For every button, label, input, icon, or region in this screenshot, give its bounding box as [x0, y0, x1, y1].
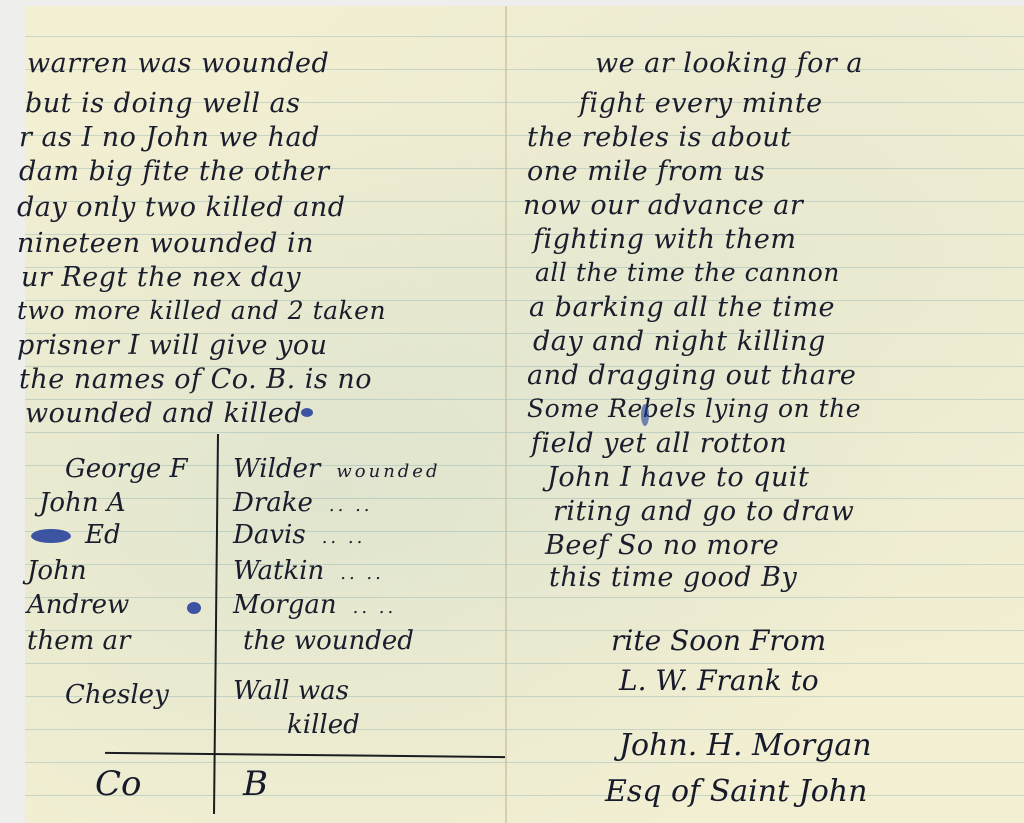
right-line-10: and dragging out thare — [527, 360, 856, 391]
left-page: warren was wounded but is doing well as … — [25, 6, 505, 823]
roster-continuation: killed — [287, 710, 360, 740]
ink-blot — [187, 602, 201, 614]
ink-blot — [301, 408, 313, 417]
roster-last-1: Wilderwounded — [233, 454, 441, 484]
roster-last-2: Drake.. .. — [233, 488, 373, 518]
ink-blot — [31, 529, 71, 543]
roster-last-7: Wall was — [233, 676, 349, 706]
roster-first-5: Andrew — [27, 590, 129, 620]
letter-scan: warren was wounded but is doing well as … — [25, 6, 1024, 823]
roster-footer-rule — [105, 752, 505, 758]
right-line-6: fighting with them — [533, 224, 796, 255]
right-line-8: a barking all the time — [529, 292, 835, 323]
left-line-8: two more killed and 2 taken — [17, 296, 386, 325]
right-line-15: Beef So no more — [545, 530, 779, 561]
left-line-7: ur Regt the nex day — [21, 262, 301, 293]
closing-line-1: rite Soon From — [611, 624, 826, 657]
left-line-3: r as I no John we had — [19, 122, 320, 153]
ink-blot — [641, 404, 649, 426]
roster-divider — [213, 434, 219, 814]
right-line-12: field yet all rotton — [531, 428, 787, 459]
right-line-14: riting and go to draw — [553, 496, 854, 527]
left-line-2: but is doing well as — [25, 88, 301, 119]
right-line-16: this time good By — [549, 562, 797, 593]
roster-last-3: Davis.. .. — [233, 520, 365, 550]
roster-first-4: John — [27, 556, 87, 586]
right-page: we ar looking for a fight every minte th… — [507, 6, 1024, 823]
addressee-name: John. H. Morgan — [619, 728, 872, 763]
left-line-4: dam big fite the other — [19, 156, 330, 187]
company-label: Co — [95, 764, 141, 804]
right-line-3: the rebles is about — [527, 122, 791, 153]
right-line-13: John I have to quit — [547, 462, 809, 493]
roster-last-6: the wounded — [243, 626, 414, 656]
right-line-9: day and night killing — [533, 326, 826, 357]
roster-first-2: John A — [39, 488, 126, 518]
roster-first-7: Chesley — [65, 680, 169, 710]
roster-first-6: them ar — [27, 626, 130, 656]
left-line-9: prisner I will give you — [17, 330, 328, 361]
right-line-2: fight every minte — [579, 88, 823, 119]
right-line-7: all the time the cannon — [535, 258, 840, 287]
addressee-place: Esq of Saint John — [605, 774, 867, 809]
right-line-1: we ar looking for a — [595, 48, 863, 79]
left-line-10: the names of Co. B. is no — [19, 364, 372, 395]
roster-last-5: Morgan.. .. — [233, 590, 396, 620]
roster-last-4: Watkin.. .. — [233, 556, 384, 586]
company-letter: B — [243, 764, 268, 804]
closing-line-2: L. W. Frank to — [619, 664, 819, 697]
left-line-11: wounded and killed — [25, 398, 302, 429]
roster-first-3: Ed — [85, 520, 121, 550]
left-line-6: nineteen wounded in — [17, 228, 314, 259]
right-line-4: one mile from us — [527, 156, 765, 187]
left-line-5: day only two killed and — [17, 192, 346, 223]
left-line-1: warren was wounded — [27, 48, 329, 79]
right-line-5: now our advance ar — [523, 190, 803, 221]
roster-first-1: George F — [65, 454, 188, 484]
right-line-11: Some Rebels lying on the — [527, 394, 861, 423]
